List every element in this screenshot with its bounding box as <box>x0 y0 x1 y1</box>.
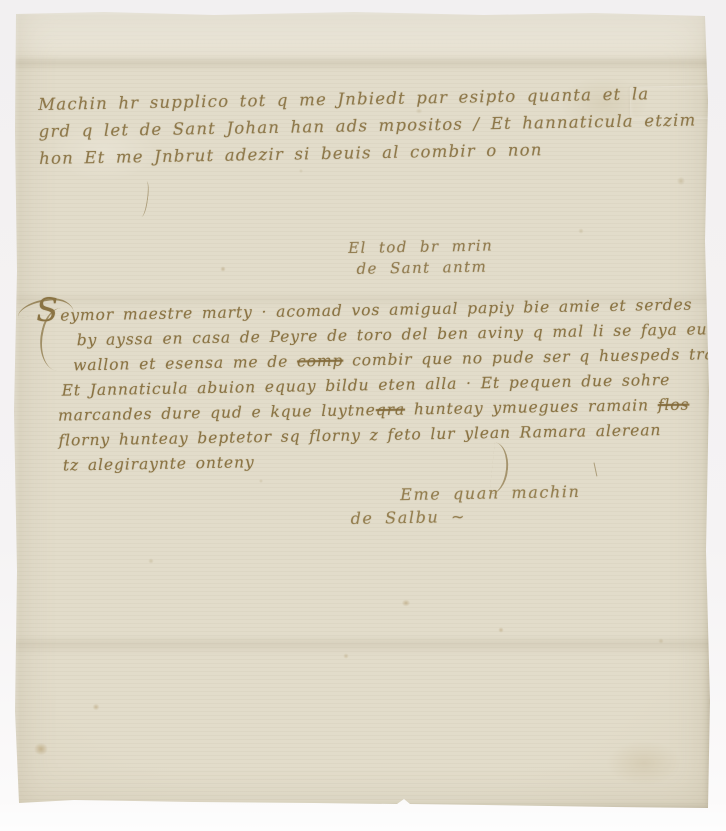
opening-paragraph: Machin hr supplico tot q me Jnbiedt par … <box>38 80 697 172</box>
salutation-block: El tod br mrin de Sant antm <box>348 235 494 280</box>
line-segment: hunteay ymuegues ramain <box>405 396 658 418</box>
signature-line: de Salbu ~ <box>350 503 581 530</box>
struck-word: comp <box>297 352 344 371</box>
photo-background: Machin hr supplico tot q me Jnbiedt par … <box>0 0 726 831</box>
manuscript-paper: Machin hr supplico tot q me Jnbiedt par … <box>14 11 711 811</box>
line-segment: combir que no pude ser q huespeds trancy <box>343 345 726 370</box>
line-segment: wallon et esensa me de <box>73 352 297 374</box>
manuscript-line: de Sant antm <box>356 256 493 279</box>
stray-pen-stroke <box>138 181 151 218</box>
struck-word: flos <box>658 396 690 415</box>
manuscript-line: El tod br mrin <box>348 235 493 259</box>
signature-block: Eme quan machin de Salbu ~ <box>350 480 581 530</box>
struck-word: qra <box>376 401 406 420</box>
line-segment: marcandes dure qud e kque luytne <box>58 401 376 425</box>
body-paragraph: Seymor maestre marty · acomad vos amigua… <box>36 286 726 479</box>
signature-line: Eme quan machin <box>400 480 581 506</box>
